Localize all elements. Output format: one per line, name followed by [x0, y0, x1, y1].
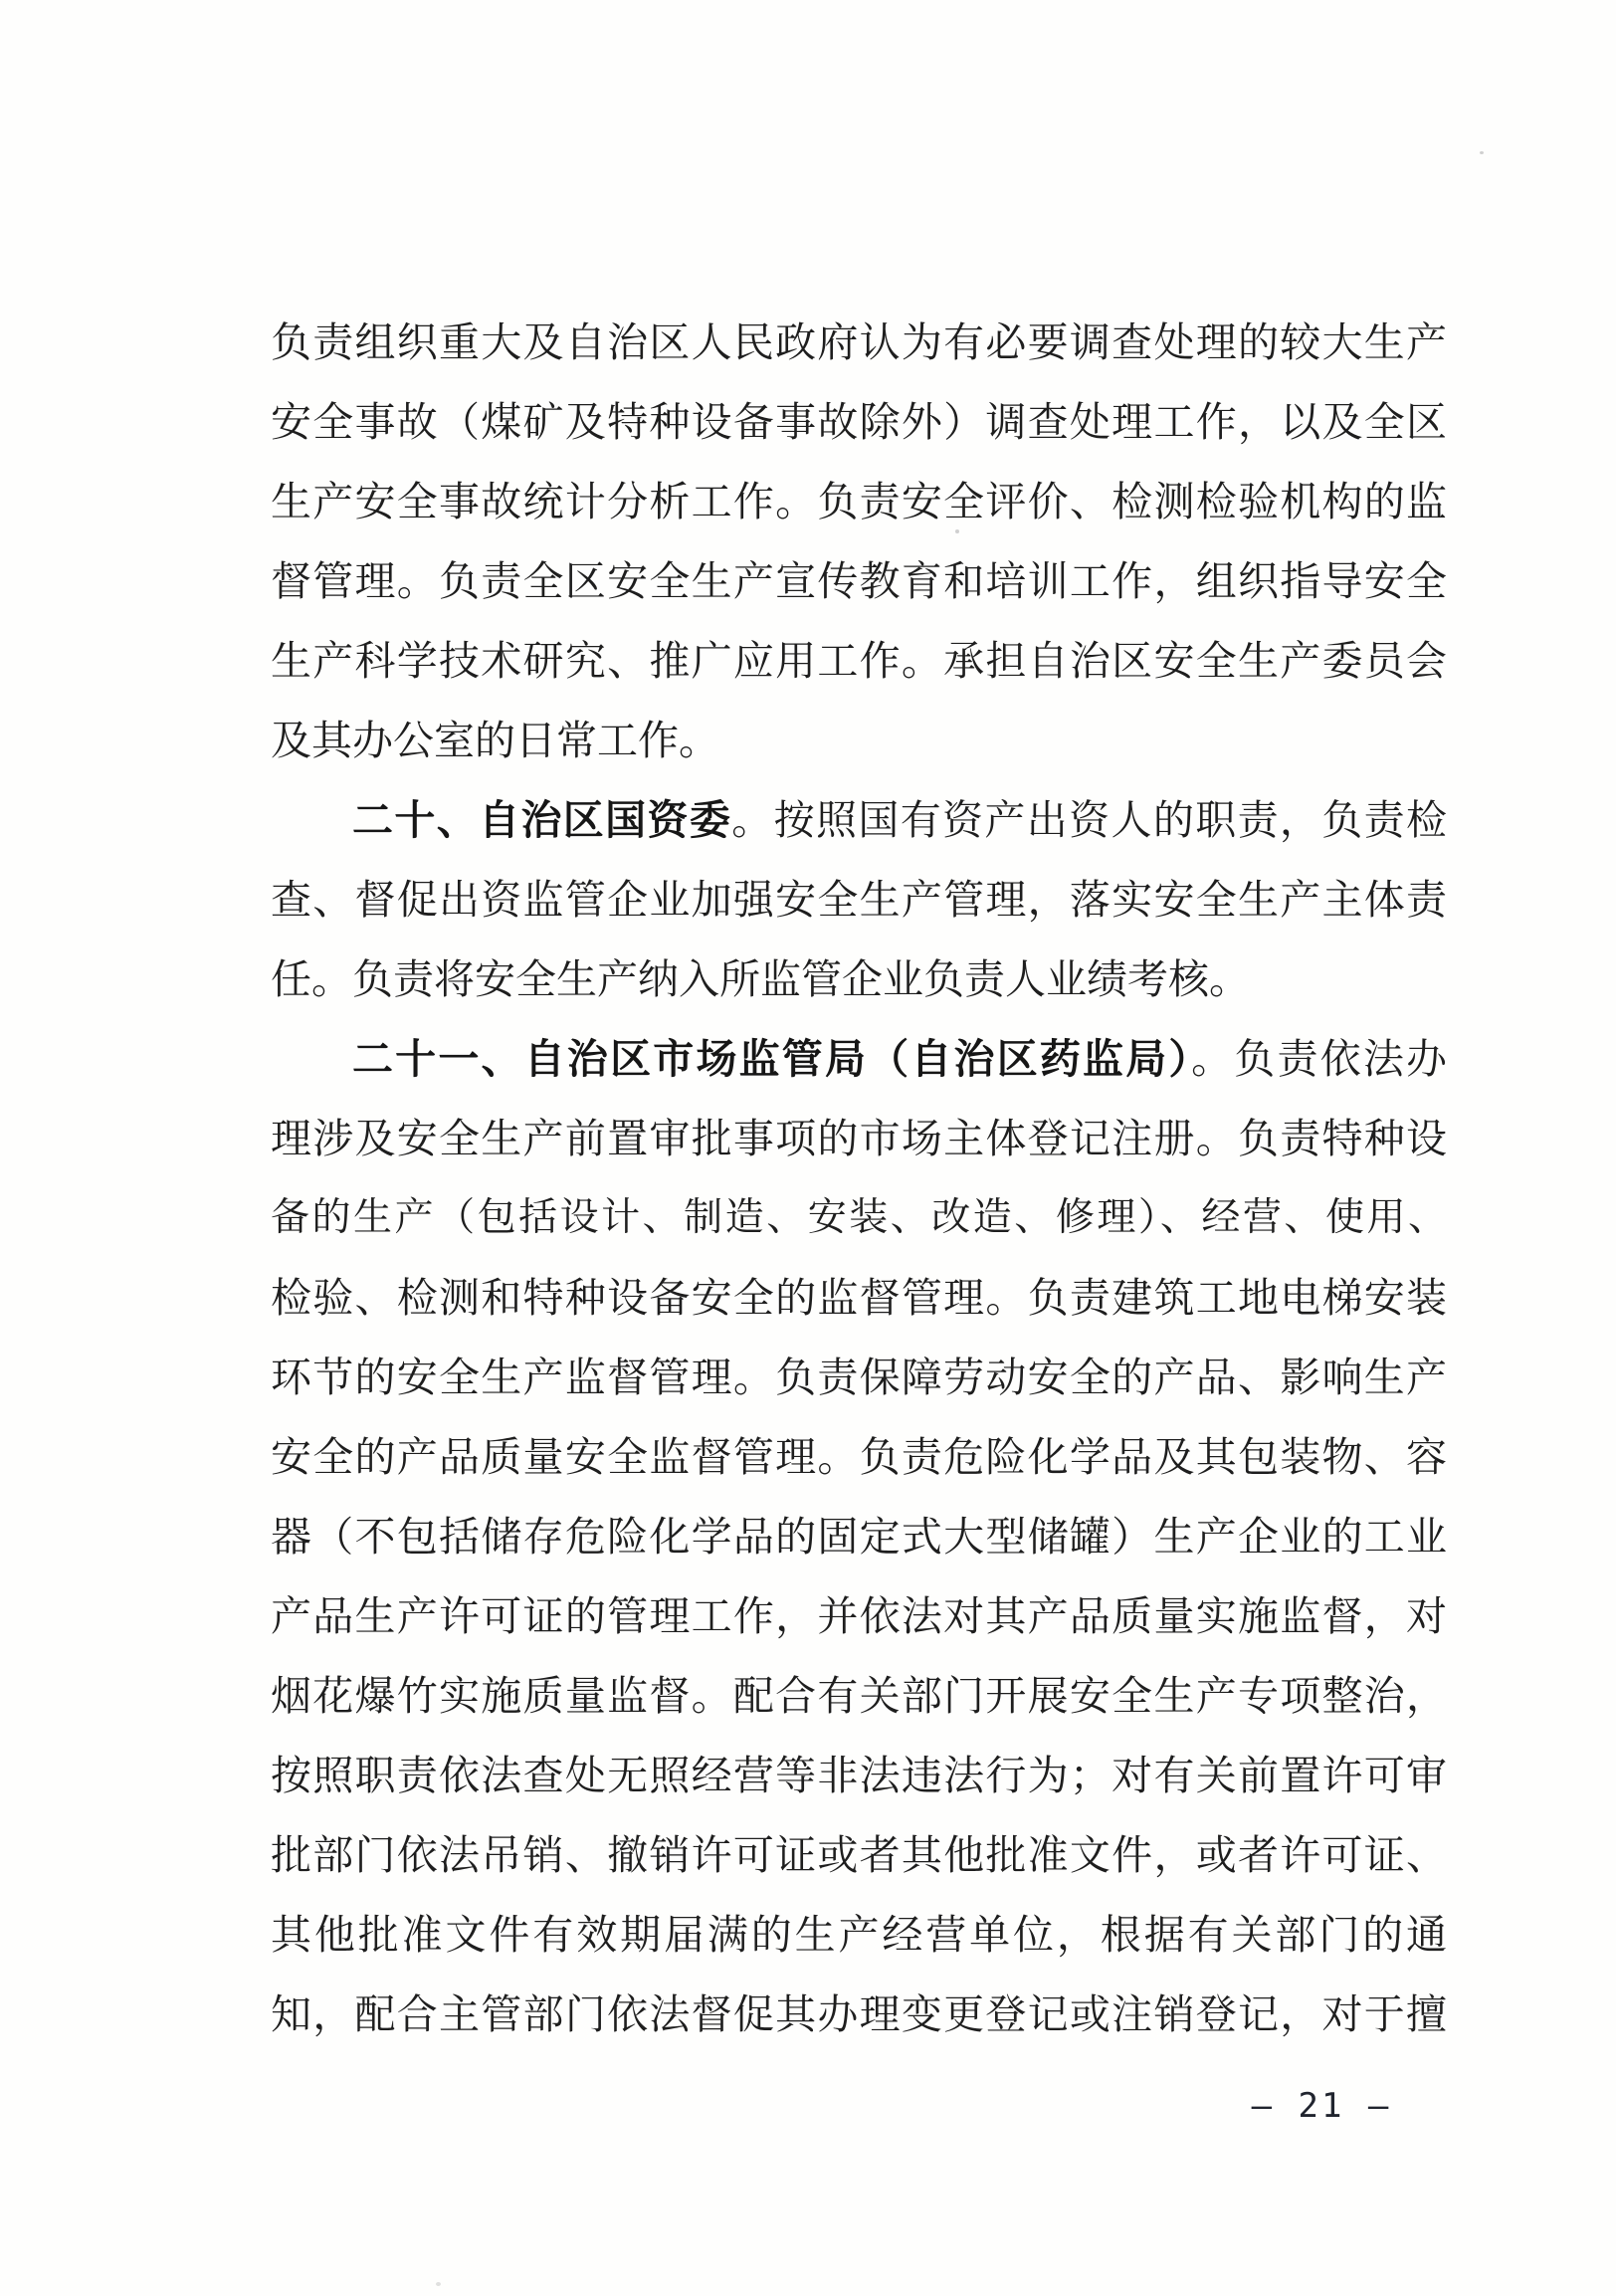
text-line: 其他批准文件有效期届满的生产经营单位，根据有关部门的通	[271, 1895, 1447, 1975]
scan-speck	[1480, 151, 1484, 154]
line-text: 安全事故（煤矿及特种设备事故除外）调查处理工作，以及全区	[271, 399, 1447, 445]
document-page: 负责组织重大及自治区人民政府认为有必要调查处理的较大生产 安全事故（煤矿及特种设…	[0, 0, 1616, 2296]
text-line: 生产安全事故统计分析工作。负责安全评价、检测检验机构的监	[271, 462, 1447, 541]
line-text: 理涉及安全生产前置审批事项的市场主体登记注册。负责特种设	[271, 1116, 1447, 1161]
line-text: 批部门依法吊销、撤销许可证或者其他批准文件，或者许可证、	[271, 1832, 1447, 1878]
text-line: 督管理。负责全区安全生产宣传教育和培训工作，组织指导安全	[271, 541, 1447, 621]
text-line: 烟花爆竹实施质量监督。配合有关部门开展安全生产专项整治，	[271, 1656, 1447, 1736]
document-body: 负责组织重大及自治区人民政府认为有必要调查处理的较大生产 安全事故（煤矿及特种设…	[271, 303, 1447, 2054]
line-text: 备的生产（包括设计、制造、安装、改造、修理）、经营、使用、	[271, 1196, 1447, 1239]
text-line: 及其办公室的日常工作。	[271, 701, 1447, 780]
text-line: 备的生产（包括设计、制造、安装、改造、修理）、经营、使用、	[271, 1178, 1447, 1258]
line-text: 其他批准文件有效期届满的生产经营单位，根据有关部门的通	[271, 1912, 1447, 1958]
scan-speck	[436, 2282, 441, 2286]
line-text: 安全的产品质量安全监督管理。负责危险化学品及其包装物、容	[271, 1434, 1447, 1480]
line-text: 烟花爆竹实施质量监督。配合有关部门开展安全生产专项整治，	[271, 1673, 1447, 1719]
line-text: 任。负责将安全生产纳入所监管企业负责人业绩考核。	[271, 956, 1250, 1002]
line-text: 生产科学技术研究、推广应用工作。承担自治区安全生产委员会	[271, 638, 1447, 684]
text-line: 二十、自治区国资委。按照国有资产出资人的职责，负责检	[271, 780, 1447, 860]
page-number: — 21 —	[1232, 2082, 1411, 2130]
text-line: 器（不包括储存危险化学品的固定式大型储罐）生产企业的工业	[271, 1497, 1447, 1576]
text-line: 知，配合主管部门依法督促其办理变更登记或注销登记，对于擅	[271, 1975, 1447, 2054]
line-text: 查、督促出资监管企业加强安全生产管理，落实安全生产主体责	[271, 877, 1447, 923]
text-line: 任。负责将安全生产纳入所监管企业负责人业绩考核。	[271, 939, 1447, 1019]
line-text: 。按照国有资产出资人的职责，负责检	[731, 797, 1447, 843]
text-line: 二十一、自治区市场监管局（自治区药监局）。负责依法办	[271, 1019, 1447, 1099]
text-line: 理涉及安全生产前置审批事项的市场主体登记注册。负责特种设	[271, 1099, 1447, 1178]
text-line: 环节的安全生产监督管理。负责保障劳动安全的产品、影响生产	[271, 1338, 1447, 1417]
text-line: 生产科学技术研究、推广应用工作。承担自治区安全生产委员会	[271, 621, 1447, 701]
line-text: 督管理。负责全区安全生产宣传教育和培训工作，组织指导安全	[271, 558, 1447, 604]
line-text: 生产安全事故统计分析工作。负责安全评价、检测检验机构的监	[271, 479, 1447, 524]
line-text: 环节的安全生产监督管理。负责保障劳动安全的产品、影响生产	[271, 1355, 1447, 1400]
text-line: 批部门依法吊销、撤销许可证或者其他批准文件，或者许可证、	[271, 1815, 1447, 1895]
text-line: 按照职责依法查处无照经营等非法违法行为；对有关前置许可审	[271, 1736, 1447, 1815]
line-text: 。负责依法办	[1191, 1036, 1447, 1082]
line-text: 产品生产许可证的管理工作，并依法对其产品质量实施监督，对	[271, 1593, 1447, 1639]
line-text: 及其办公室的日常工作。	[271, 718, 719, 763]
text-line: 安全的产品质量安全监督管理。负责危险化学品及其包装物、容	[271, 1417, 1447, 1497]
section-heading: 二十、自治区国资委	[352, 797, 731, 843]
text-line: 产品生产许可证的管理工作，并依法对其产品质量实施监督，对	[271, 1576, 1447, 1656]
line-text: 检验、检测和特种设备安全的监督管理。负责建筑工地电梯安装	[271, 1275, 1447, 1321]
section-heading: 二十一、自治区市场监管局（自治区药监局）	[352, 1036, 1191, 1082]
text-line: 安全事故（煤矿及特种设备事故除外）调查处理工作，以及全区	[271, 382, 1447, 462]
text-line: 负责组织重大及自治区人民政府认为有必要调查处理的较大生产	[271, 303, 1447, 382]
text-line: 查、督促出资监管企业加强安全生产管理，落实安全生产主体责	[271, 860, 1447, 939]
line-text: 器（不包括储存危险化学品的固定式大型储罐）生产企业的工业	[271, 1514, 1447, 1560]
text-line: 检验、检测和特种设备安全的监督管理。负责建筑工地电梯安装	[271, 1258, 1447, 1338]
line-text: 负责组织重大及自治区人民政府认为有必要调查处理的较大生产	[271, 319, 1447, 365]
line-text: 知，配合主管部门依法督促其办理变更登记或注销登记，对于擅	[271, 1991, 1447, 2037]
line-text: 按照职责依法查处无照经营等非法违法行为；对有关前置许可审	[271, 1753, 1447, 1798]
